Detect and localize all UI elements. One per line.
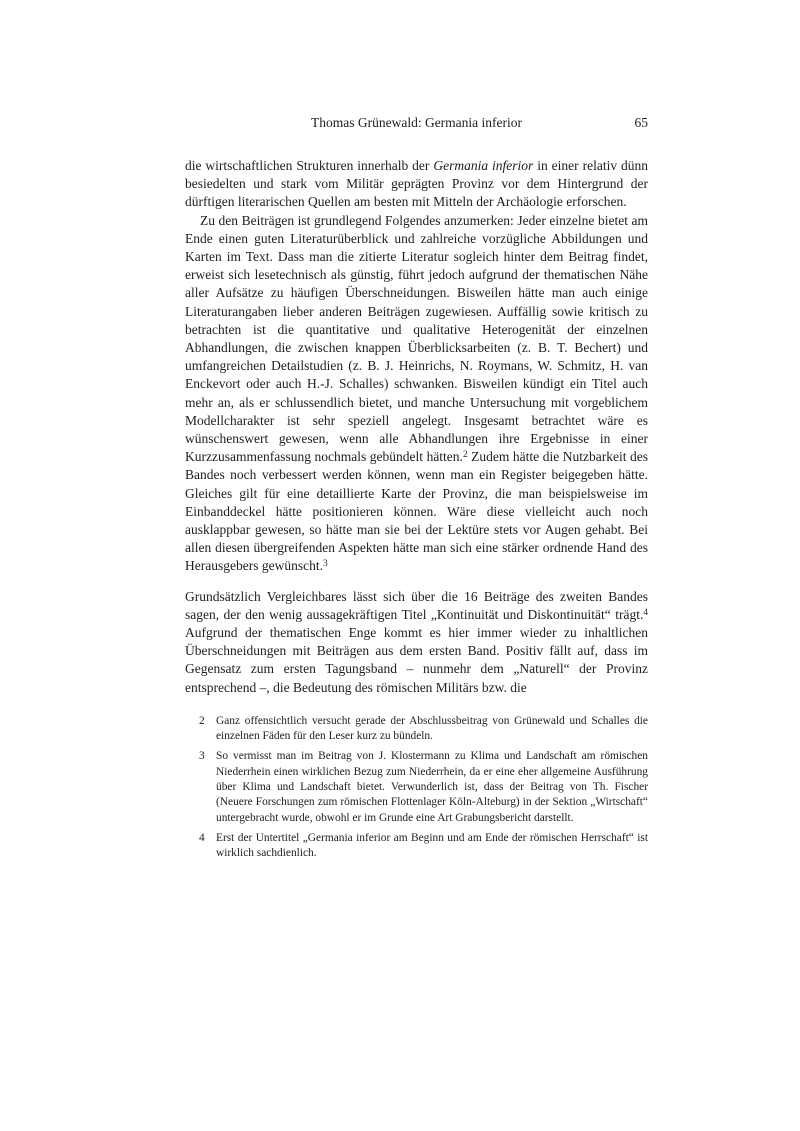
- paragraph-3-text-cont: Aufgrund der thematischen Enge kommt es …: [185, 625, 648, 695]
- footnote-4: 4 Erst der Untertitel „Germania inferior…: [185, 831, 648, 862]
- footnote-marker-2: 2: [463, 450, 468, 460]
- paragraph-3: Grundsätzlich Vergleichbares lässt sich …: [185, 588, 648, 697]
- footnote-4-text: Erst der Untertitel „Germania inferior a…: [216, 831, 648, 862]
- footnote-2: 2 Ganz offensichtlich versucht gerade de…: [185, 714, 648, 745]
- page-number: 65: [635, 114, 649, 132]
- text-block: Thomas Grünewald: Germania inferior 65 d…: [185, 114, 648, 867]
- footnote-2-number: 2: [199, 714, 216, 745]
- footnote-3: 3 So vermisst man im Beitrag von J. Klos…: [185, 749, 648, 825]
- paragraph-3-text: Grundsätzlich Vergleichbares lässt sich …: [185, 589, 648, 622]
- footnote-4-number: 4: [199, 831, 216, 862]
- paragraph-2-text-cont: Zudem hätte die Nutzbarkeit des Bandes n…: [185, 449, 648, 573]
- footnote-marker-3: 3: [323, 559, 328, 569]
- paragraph-1: die wirtschaftlichen Strukturen innerhal…: [185, 157, 648, 212]
- footnote-3-number: 3: [199, 749, 216, 825]
- paragraph-1-text: die wirtschaftlichen Strukturen innerhal…: [185, 158, 433, 173]
- book-page: Thomas Grünewald: Germania inferior 65 d…: [0, 0, 800, 1131]
- footnote-2-text: Ganz offensichtlich versucht gerade der …: [216, 714, 648, 745]
- running-head-title: Thomas Grünewald: Germania inferior: [185, 114, 648, 132]
- body-text: die wirtschaftlichen Strukturen innerhal…: [185, 157, 648, 697]
- footnote-3-text: So vermisst man im Beitrag von J. Kloste…: [216, 749, 648, 825]
- paragraph-2: Zu den Beiträgen ist grundlegend Folgend…: [185, 212, 648, 576]
- footnotes-block: 2 Ganz offensichtlich versucht gerade de…: [185, 714, 648, 862]
- running-head: Thomas Grünewald: Germania inferior 65: [185, 114, 648, 132]
- paragraph-2-text: Zu den Beiträgen ist grundlegend Folgend…: [185, 213, 648, 465]
- footnote-marker-4: 4: [643, 608, 648, 618]
- latin-term: Germania inferior: [433, 158, 533, 173]
